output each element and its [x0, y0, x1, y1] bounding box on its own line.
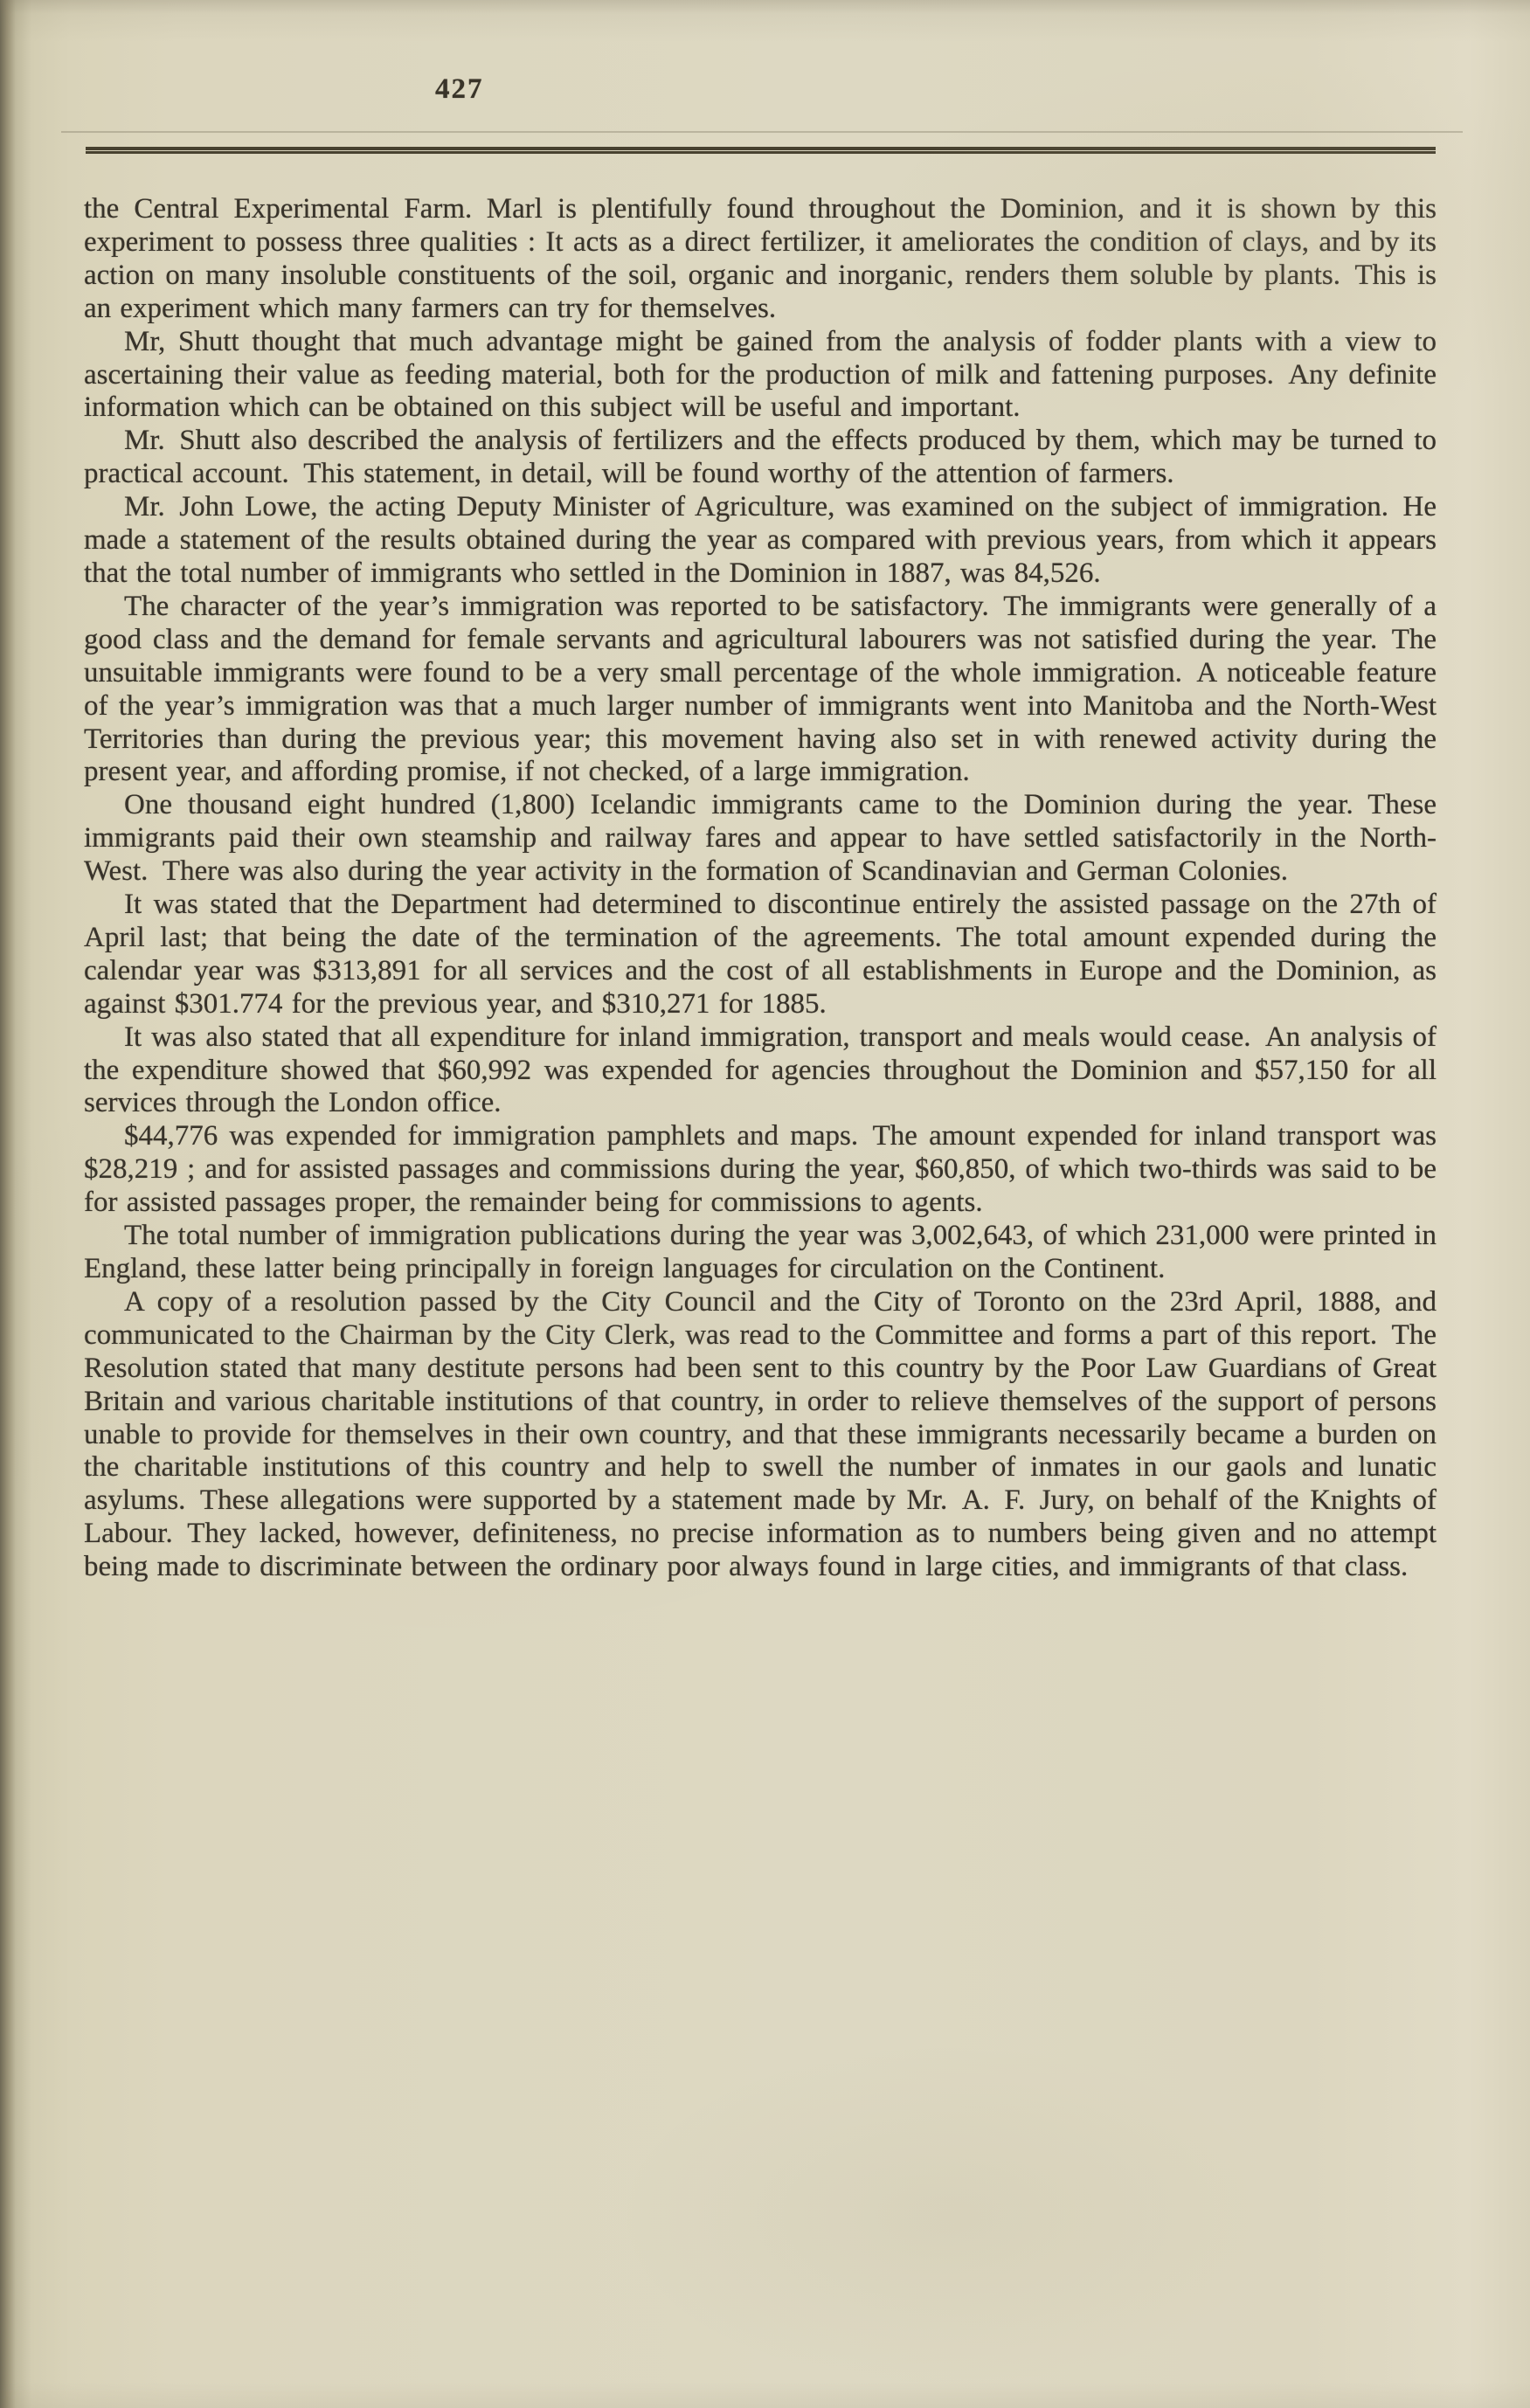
paragraph: $44,776 was expended for immigration pam… [84, 1120, 1437, 1220]
paragraph: Mr. John Lowe, the acting Deputy Ministe… [84, 491, 1437, 591]
paragraph: Mr, Shutt thought that much advantage mi… [84, 326, 1437, 426]
scanned-document-page: 427 the Central Experimental Farm. Marl … [0, 0, 1530, 2408]
header-double-rule [86, 147, 1436, 154]
paragraph: the Central Experimental Farm. Marl is p… [84, 193, 1437, 326]
paragraph: A copy of a resolution passed by the Cit… [84, 1286, 1437, 1584]
paragraph: Mr. Shutt also described the analysis of… [84, 425, 1437, 491]
body-text: the Central Experimental Farm. Marl is p… [84, 193, 1437, 1584]
paragraph: It was stated that the Department had de… [84, 889, 1437, 1021]
paragraph: One thousand eight hundred (1,800) Icela… [84, 789, 1437, 889]
paragraph: It was also stated that all expenditure … [84, 1021, 1437, 1121]
page-number: 427 [435, 73, 484, 106]
paragraph: The total number of immigration publicat… [84, 1220, 1437, 1286]
faint-rule [61, 131, 1463, 133]
paragraph: The character of the year’s immigration … [84, 591, 1437, 789]
